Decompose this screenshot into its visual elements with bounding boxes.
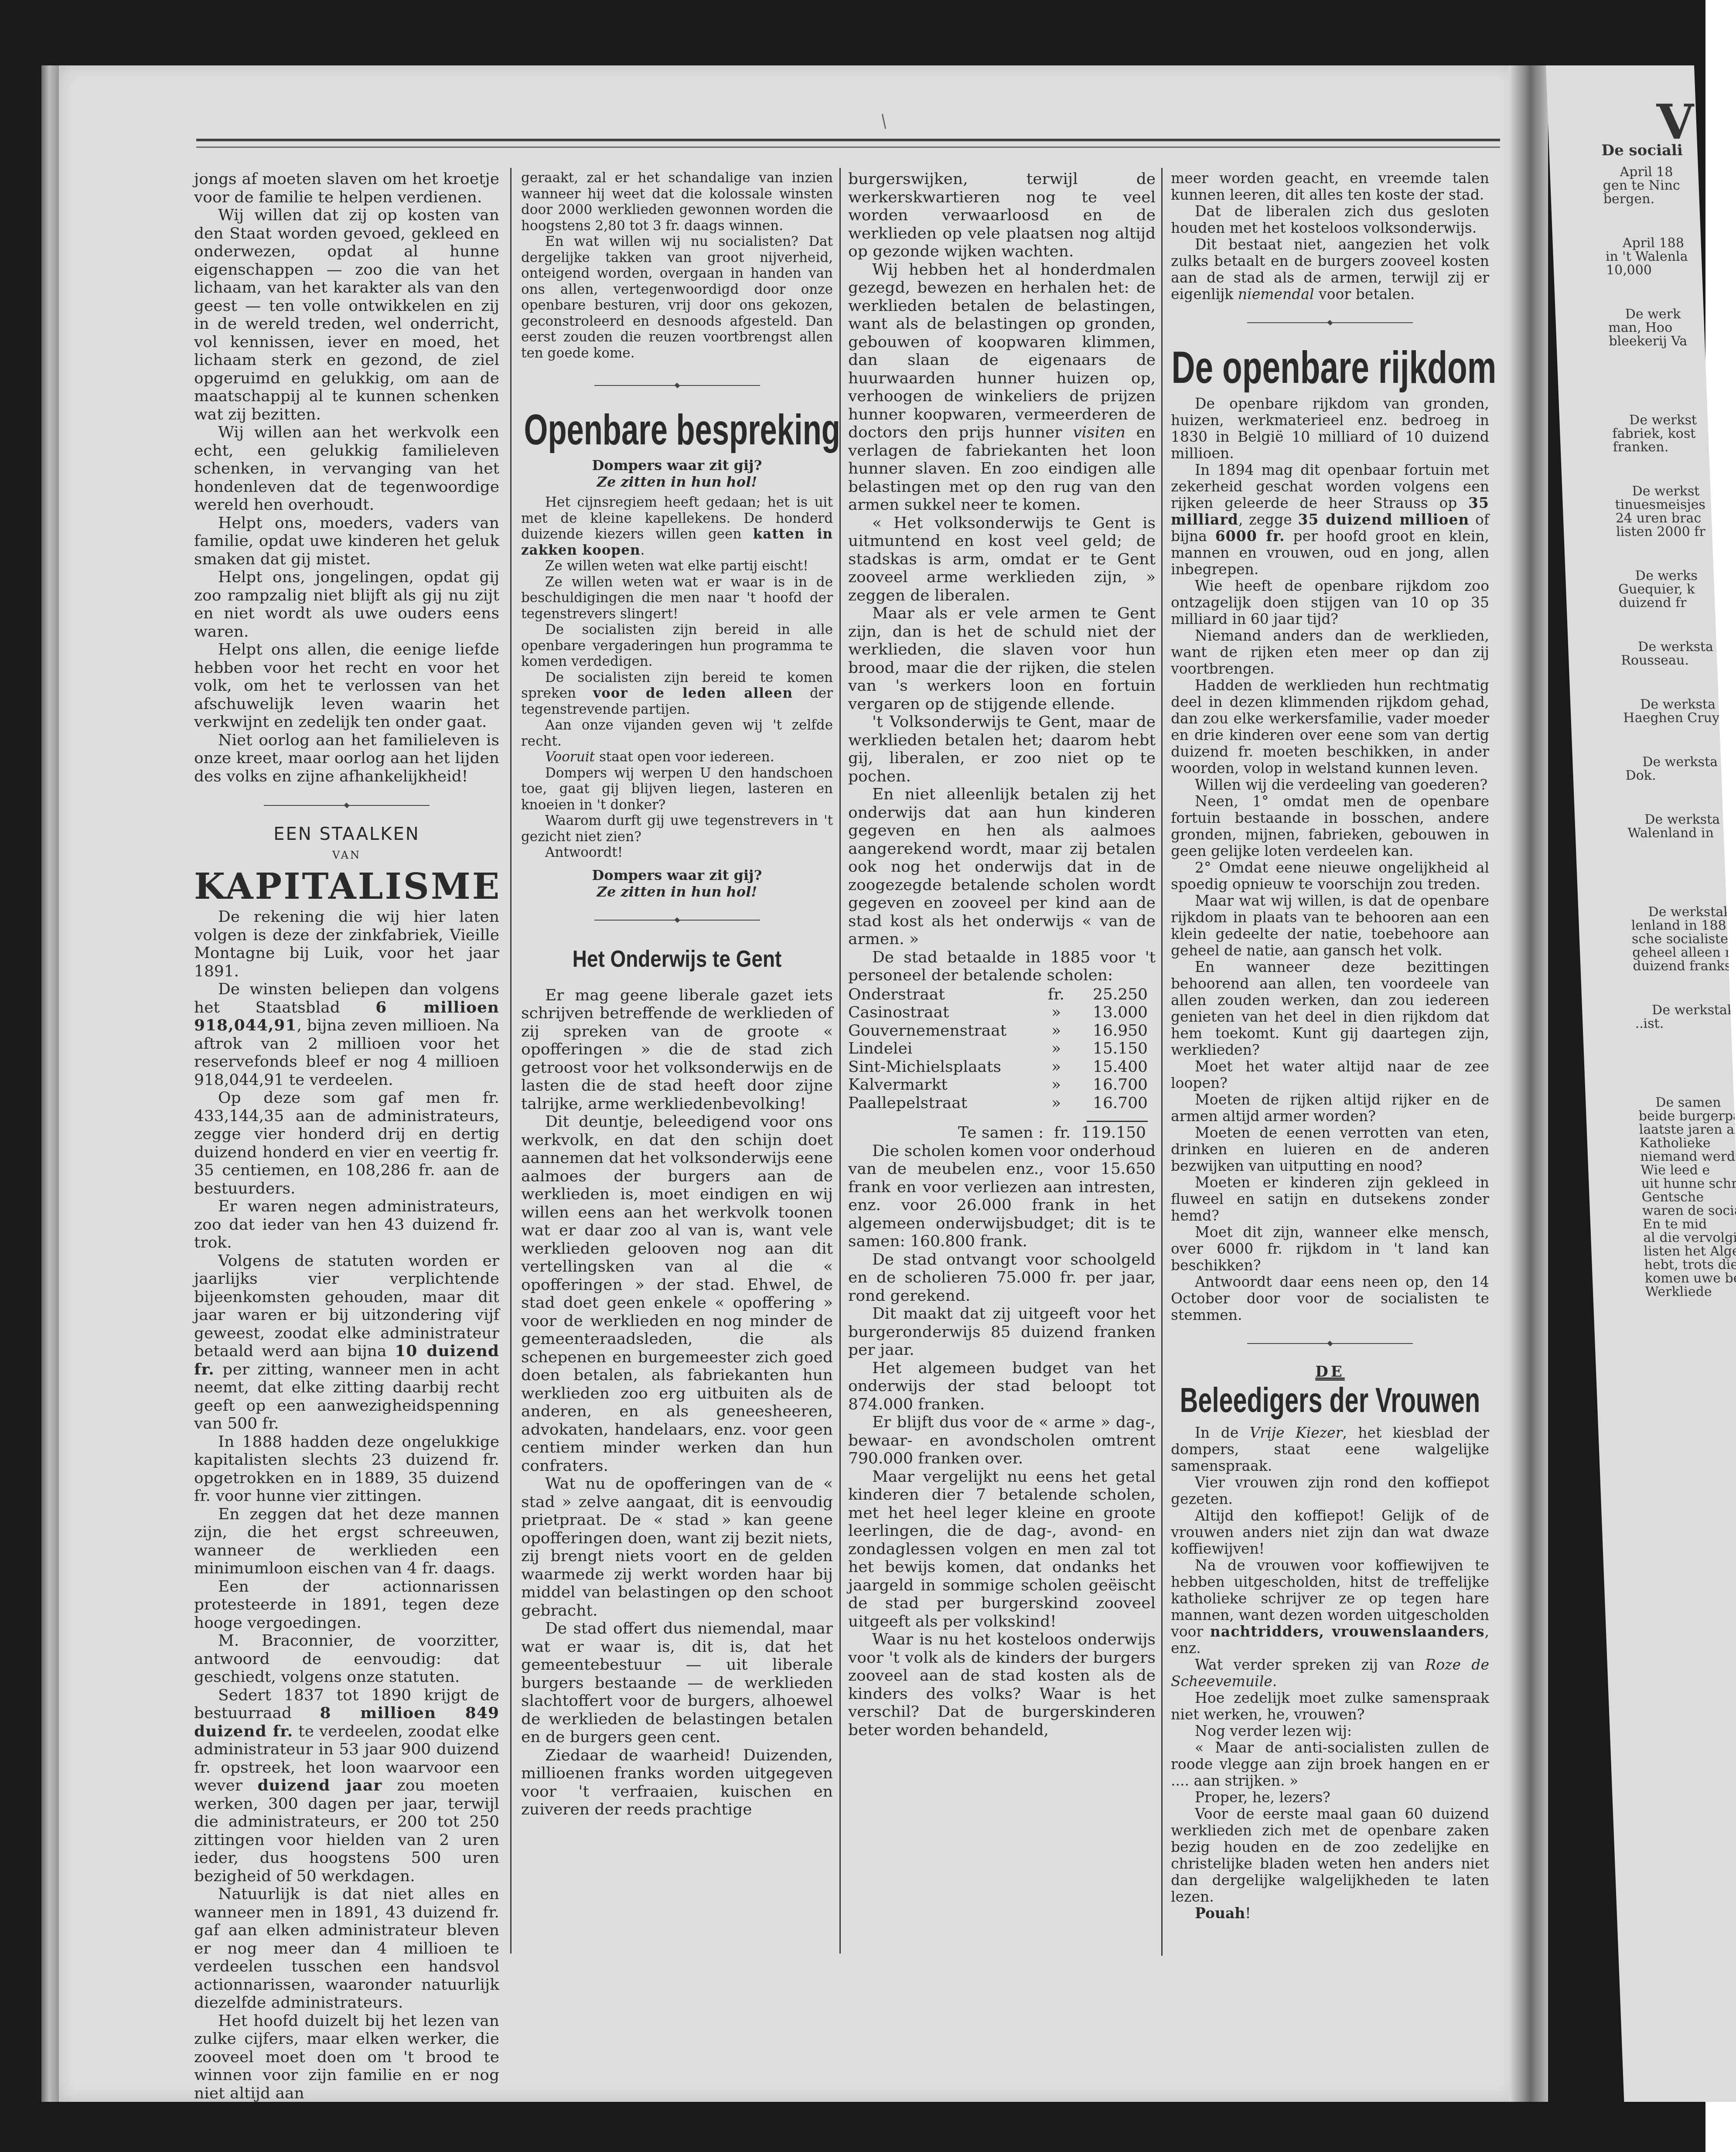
table-row: Kalvermarkt»16.700 (848, 1076, 1156, 1094)
table-row: Sint-Michielsplaats»15.400 (848, 1058, 1156, 1076)
bold-text: Pouah (1195, 1905, 1245, 1922)
article-headline: KAPITALISME (194, 867, 499, 906)
bold-emphasis: 6 millioen 918,044,91 (194, 998, 499, 1035)
paragraph: De stad offert dus niemendal, maar wat e… (521, 1620, 833, 1746)
school-costs-table: Onderstraatfr.25.250Casinostraat»13.000G… (848, 986, 1156, 1142)
facing-page-fragment: De werkstake (1630, 905, 1736, 919)
paragraph: Er mag geene liberale gazet iets schrijv… (521, 986, 833, 1113)
amount: 16.950 (1082, 1022, 1156, 1040)
paragraph: Antwoordt daar eens neen op, den 14 Octo… (1171, 1274, 1489, 1323)
facing-page-fragment: laatste jaren al (1639, 1123, 1736, 1136)
table-row: Lindelei»15.150 (848, 1040, 1156, 1058)
school-name: Gouvernemenstraat (848, 1022, 1030, 1040)
bold-emphasis: 35 duizend millioen (1298, 511, 1469, 528)
currency: » (1030, 1094, 1082, 1112)
paragraph: Er waren negen administrateurs, zoo dat … (194, 1197, 499, 1252)
facing-page-fragment: al die vervolgi (1643, 1231, 1736, 1245)
paragraph: De stad betaalde in 1885 voor 't persone… (848, 948, 1156, 985)
amount: 15.150 (1082, 1040, 1156, 1058)
column-rule (510, 168, 512, 1954)
currency: » (1030, 1040, 1082, 1058)
facing-page-fragment: hebt, trots die (1644, 1258, 1736, 1272)
article-headline: Het Onderwijs te Gent (530, 945, 825, 973)
paragraph: De socialisten zijn bereid te komen spre… (521, 670, 833, 718)
facing-page-fragment: duizend franks (1633, 959, 1736, 973)
amount: 15.400 (1082, 1058, 1156, 1076)
paragraph: Antwoordt! (521, 845, 833, 861)
facing-page-fragment: Dok. (1625, 769, 1736, 782)
spacer (1626, 782, 1736, 813)
spacer (1633, 973, 1736, 1003)
bold-emphasis: 10 duizend fr. (194, 1342, 499, 1378)
amount: 13.000 (1082, 1003, 1156, 1022)
facing-page-fragment: Wie leed e (1641, 1163, 1736, 1177)
spacer (1635, 1030, 1736, 1096)
facing-page-fragment: Katholieke (1639, 1136, 1736, 1150)
paragraph: Een der actionnarissen protesteerde in 1… (194, 1578, 499, 1632)
paragraph: Neen, 1° omdat men de openbare fortuin b… (1171, 793, 1489, 859)
paragraph: En zeggen dat het deze mannen zijn, die … (194, 1505, 499, 1578)
paragraph: Ziedaar de waarheid! Duizenden, millioen… (521, 1746, 833, 1819)
spacer (1628, 840, 1736, 905)
paragraph: Nog verder lezen wij: (1171, 1723, 1489, 1739)
facing-page-fragment: De werksta (1625, 755, 1736, 769)
paragraph: Niet oorlog aan het familieleven is onze… (194, 731, 499, 786)
article-headline: Beleedigers der Vrouwen (1171, 1380, 1488, 1420)
italic-text: Vooruit (545, 749, 595, 765)
total-label: Te samen : (958, 1124, 1044, 1142)
book-page-edges (41, 65, 61, 2102)
italic-text: Roze de Scheevemuile (1171, 1656, 1489, 1690)
ornamental-separator (1247, 320, 1413, 325)
paragraph: geraakt, zal er het schandalige van inzi… (521, 170, 833, 234)
paragraph: Wat nu de opofferingen van de « stad » z… (521, 1475, 833, 1620)
paragraph: Het hoofd duizelt bij het lezen van zulk… (194, 2012, 499, 2103)
paragraph: Helpt ons, jongelingen, opdat gij zoo ra… (194, 568, 499, 641)
paragraph: De socialisten zijn bereid in alle openb… (521, 622, 833, 670)
paragraph: Natuurlijk is dat niet alles en wanneer … (194, 1885, 499, 2012)
paragraph: En wanneer deze bezittingen behoorend aa… (1171, 959, 1489, 1058)
paragraph: Helpt ons, moeders, vaders van familie, … (194, 514, 499, 569)
article-closing: Dompers waar zit gij? Ze zitten in hun h… (521, 867, 833, 900)
paragraph: Wij willen dat zij op kosten van den Sta… (194, 206, 499, 423)
paragraph: Pouah! (1171, 1905, 1489, 1922)
paragraph: Het cijnsregiem heeft gedaan; het is uit… (521, 495, 833, 558)
facing-page-fragment: Werkliede (1645, 1285, 1736, 1299)
paragraph: Hoe zedelijk moet zulke samenspraak niet… (1171, 1690, 1489, 1723)
amount: 16.700 (1082, 1076, 1156, 1094)
book-gutter (1509, 65, 1548, 2102)
paragraph: Moeten de eenen verrotten van eten, drin… (1171, 1125, 1489, 1174)
paragraph: Die scholen komen voor onderhoud van de … (848, 1142, 1156, 1251)
article-continuation: meer worden geacht, en vreemde talen kun… (1171, 170, 1489, 303)
school-name: Onderstraat (848, 986, 1030, 1004)
paragraph: En niet alleenlijk betalen zij het onder… (848, 785, 1156, 948)
paragraph: Hadden de werklieden hun rechtmatig deel… (1171, 677, 1489, 777)
table-row: Onderstraatfr.25.250 (848, 986, 1156, 1004)
article-headline: De openbare rijkdom (1171, 343, 1488, 393)
article-continuation: geraakt, zal er het schandalige van inzi… (521, 170, 833, 361)
paragraph: Maar wat wij willen, is dat de openbare … (1171, 893, 1489, 959)
spacer (1623, 725, 1736, 755)
currency: » (1030, 1076, 1082, 1094)
paragraph: Moet dit zijn, wanneer elke mensch, over… (1171, 1224, 1489, 1274)
article-body: Het cijnsregiem heeft gedaan; het is uit… (521, 495, 833, 861)
facing-page-fragment: De samen (1638, 1096, 1736, 1109)
school-name: Casinostraat (848, 1003, 1030, 1022)
column-rule (1161, 168, 1163, 1956)
facing-page-fragment: En te mid (1642, 1218, 1736, 1231)
paragraph: jongs af moeten slaven om het kroetje vo… (194, 170, 499, 206)
paragraph: Waar is nu het kosteloos onderwijs voor … (848, 1630, 1156, 1739)
paragraph: Maar vergelijkt nu eens het getal kinder… (848, 1468, 1156, 1631)
subheadline-line: Ze zitten in hun hol! (521, 474, 833, 490)
amount: 16.700 (1082, 1094, 1156, 1112)
facing-page-fragment: geheel alleen m (1632, 946, 1736, 959)
paragraph: De stad ontvangt voor schoolgeld en de s… (848, 1251, 1156, 1305)
ornamental-separator (594, 917, 760, 923)
facing-page-fragment: beide burgerpa (1638, 1109, 1736, 1123)
article-body: De openbare rijkdom van gronden, huizen,… (1171, 396, 1489, 1323)
paragraph: In de Vrije Kiezer, het kiesblad der dom… (1171, 1425, 1489, 1474)
facing-page-fragment: De werkstaki (1634, 1003, 1736, 1017)
paragraph: Moeten er kinderen zijn gekleed in fluwe… (1171, 1174, 1489, 1224)
paragraph: De rekening die wij hier laten volgen is… (194, 908, 499, 980)
article-subheadline: Dompers waar zit gij? Ze zitten in hun h… (521, 457, 833, 490)
paragraph: meer worden geacht, en vreemde talen kun… (1171, 170, 1489, 203)
paragraph: Niemand anders dan de werklieden, want d… (1171, 628, 1489, 677)
paragraph: Moeten de rijken altijd rijker en de arm… (1171, 1091, 1489, 1125)
table-row: Gouvernemenstraat»16.950 (848, 1022, 1156, 1040)
facing-page-fragment: ..ist. (1635, 1017, 1736, 1030)
article-body: In de Vrije Kiezer, het kiesblad der dom… (1171, 1425, 1489, 1922)
paragraph: Het algemeen budget van het onderwijs de… (848, 1359, 1156, 1414)
paragraph: Vier vrouwen zijn rond den koffiepot gez… (1171, 1474, 1489, 1507)
italic-text: niemendal (1238, 286, 1314, 303)
facing-page-fragment: Gentsche (1641, 1190, 1736, 1204)
total-amount: 119.150 (1081, 1124, 1146, 1142)
article-kicker-van: VAN (194, 846, 499, 865)
bold-emphasis: voor de leden alleen (593, 686, 793, 701)
paragraph: Wij hebben het al honderdmalen gezegd, b… (848, 261, 1156, 514)
column-1: jongs af moeten slaven om het kroetje vo… (194, 170, 499, 2102)
paragraph: Er blijft dus voor de « arme » dag-, bew… (848, 1413, 1156, 1468)
article-continuation: jongs af moeten slaven om het kroetje vo… (194, 170, 499, 785)
paragraph: Dompers wij werpen U den handschoen toe,… (521, 765, 833, 813)
ornamental-separator (594, 383, 760, 388)
article-body: Die scholen komen voor onderhoud van de … (848, 1142, 1156, 1739)
facing-page-fragment: waren de socia (1642, 1204, 1736, 1218)
paragraph: Vooruit staat open voor iedereen. (521, 749, 833, 765)
paragraph: Proper, he, lezers? (1171, 1789, 1489, 1806)
subheadline-line: Dompers waar zit gij? (521, 457, 833, 474)
currency: » (1030, 1003, 1082, 1022)
paragraph: De winsten beliepen dan volgens het Staa… (194, 980, 499, 1089)
closing-line: Ze zitten in hun hol! (521, 883, 833, 900)
amount: 25.250 (1082, 986, 1156, 1004)
top-rule (196, 139, 1500, 148)
closing-line: Dompers waar zit gij? (521, 867, 833, 883)
ornamental-separator (264, 803, 430, 808)
bold-emphasis: nachtridders, vrouwenslaanders (1210, 1623, 1485, 1640)
paragraph: Ze willen weten wat elke partij eischt! (521, 558, 833, 574)
paragraph: Volgens de statuten worden er jaarlijks … (194, 1252, 499, 1433)
paragraph: In 1888 hadden deze ongelukkige kapitali… (194, 1433, 499, 1505)
paragraph: Dit maakt dat zij uitgeeft voor het burg… (848, 1305, 1156, 1359)
column-2: geraakt, zal er het schandalige van inzi… (521, 170, 833, 1819)
table-row: Casinostraat»13.000 (848, 1003, 1156, 1022)
school-name: Lindelei (848, 1040, 1030, 1058)
column-4: meer worden geacht, en vreemde talen kun… (1171, 170, 1489, 1922)
article-body: De rekening die wij hier laten volgen is… (194, 908, 499, 2102)
bold-emphasis: duizend jaar (257, 1776, 382, 1794)
table-total: Te samen :fr.119.150 (848, 1124, 1156, 1142)
facing-page-fragment: niemand werd (1640, 1150, 1736, 1163)
paragraph: Voor de eerste maal gaan 60 duizend werk… (1171, 1806, 1489, 1905)
paragraph: M. Braconnier, de voorzitter, antwoord d… (194, 1632, 499, 1686)
paragraph: Aan onze vijanden geven wij 't zelfde re… (521, 717, 833, 749)
column-3: burgerswijken, terwijl de werkerskwartie… (848, 170, 1156, 1739)
facing-page-fragment: komen uwe be (1644, 1272, 1736, 1285)
total-currency: fr. (1054, 1124, 1071, 1142)
italic-text: visiten (1073, 423, 1126, 441)
facing-page-fragment: sche socialisten (1631, 932, 1736, 946)
ornamental-separator (1247, 1341, 1413, 1346)
table-row: Paallepelstraat»16.700 (848, 1094, 1156, 1112)
currency: fr. (1030, 986, 1082, 1004)
paragraph: De openbare rijkdom van gronden, huizen,… (1171, 396, 1489, 462)
currency: » (1030, 1058, 1082, 1076)
facing-page-fragment: listen het Alge (1644, 1245, 1736, 1258)
paragraph: Altijd den koffiepot! Gelijk of de vrouw… (1171, 1507, 1489, 1557)
paragraph: In 1894 mag dit openbaar fortuin met zek… (1171, 462, 1489, 578)
facing-page-fragment: lenland in 188 (1631, 919, 1736, 932)
article-body: burgerswijken, terwijl de werkerskwartie… (848, 170, 1156, 985)
paragraph: Willen wij die verdeeling van goederen? (1171, 777, 1489, 793)
paragraph: Helpt ons allen, die eenige liefde hebbe… (194, 641, 499, 731)
bold-emphasis: 6000 fr. (1215, 528, 1285, 545)
facing-page-fragment: De werksta (1627, 813, 1736, 826)
paragraph: En wat willen wij nu socialisten? Dat de… (521, 234, 833, 361)
paragraph: Waarom durft gij uwe tegenstrevers in 't… (521, 813, 833, 845)
paragraph: Wat verder spreken zij van Roze de Schee… (1171, 1657, 1489, 1690)
article-body: Er mag geene liberale gazet iets schrijv… (521, 986, 833, 1819)
paragraph: Dit deuntje, beleedigend voor ons werkvo… (521, 1113, 833, 1475)
spacer (1646, 1299, 1736, 1329)
school-name: Sint-Michielsplaats (848, 1058, 1030, 1076)
article-headline: Openbare bespreking (524, 406, 830, 454)
paragraph: « Maar de anti-socialisten zullen de roo… (1171, 1739, 1489, 1789)
facing-page-fragment: uit hunne schr (1641, 1177, 1736, 1190)
school-name: Kalvermarkt (848, 1076, 1030, 1094)
paragraph: burgerswijken, terwijl de werkerskwartie… (848, 170, 1156, 261)
facing-page-fragment: Walenland in (1627, 826, 1736, 840)
paragraph: Sedert 1837 tot 1890 krijgt de bestuurra… (194, 1686, 499, 1886)
bold-emphasis: 8 millioen 849 duizend fr. (194, 1704, 499, 1740)
bold-emphasis: katten in zakken koopen (521, 526, 833, 558)
paragraph: Na de vrouwen voor koffiewijven te hebbe… (1171, 1557, 1489, 1657)
paragraph: Wie heeft de openbare rijkdom zoo ontzag… (1171, 578, 1489, 628)
paragraph: Ze willen weten wat er waar is in de bes… (521, 574, 833, 622)
school-name: Paallepelstraat (848, 1094, 1030, 1112)
italic-text: Vrije Kiezer (1250, 1424, 1343, 1441)
article-kicker: DE (1171, 1364, 1489, 1380)
sum-rule (1087, 1121, 1148, 1122)
currency: » (1030, 1022, 1082, 1040)
paragraph: Wij willen aan het werkvolk een echt, ee… (194, 423, 499, 514)
paragraph: Moet het water altijd naar de zee loopen… (1171, 1058, 1489, 1091)
article-kicker: EEN STAALKEN (194, 825, 499, 844)
paragraph: 't Volksonderwijs te Gent, maar de werkl… (848, 713, 1156, 785)
paragraph: Op deze som gaf men fr. 433,144,35 aan d… (194, 1089, 499, 1197)
paragraph: Maar als er vele armen te Gent zijn, dan… (848, 604, 1156, 713)
paragraph: « Het volksonderwijs te Gent is uitmunte… (848, 514, 1156, 605)
paragraph: 2° Omdat eene nieuwe ongelijkheid al spo… (1171, 859, 1489, 893)
paragraph: Dat de liberalen zich dus gesloten houde… (1171, 203, 1489, 236)
paragraph: Dit bestaat niet, aangezien het volk zul… (1171, 236, 1489, 303)
